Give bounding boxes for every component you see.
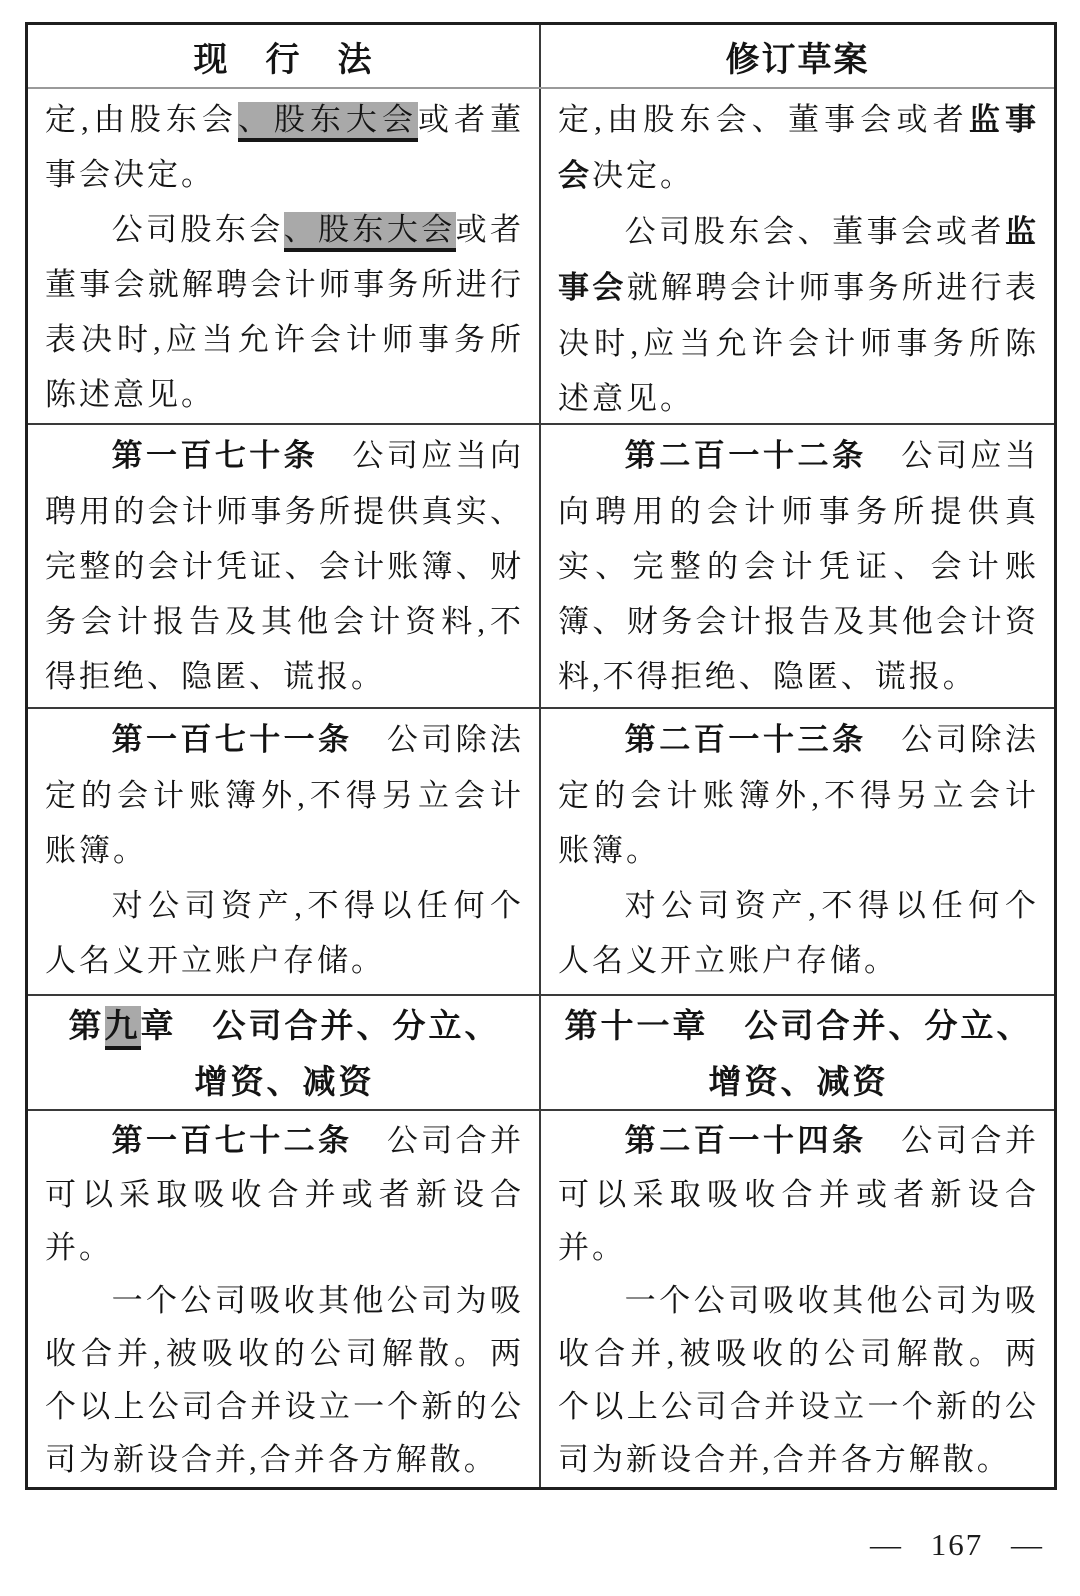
text-segment: 就解聘会计师事务所进行表决时,应当允许会计师事务所陈述意见。 [558, 270, 1039, 416]
table-row: 第一百七十一条 公司除法定的会计账簿外,不得另立会计账簿。对公司资产,不得以任何… [28, 707, 1054, 994]
current-law-cell: 定,由股东会、股东大会或者董事会决定。公司股东会、股东大会或者董事会就解聘会计师… [28, 89, 541, 423]
text-segment: 一个公司吸收其他公司为吸收合并,被吸收的公司解散。两个以上公司合并设立一个新的公… [45, 1283, 524, 1477]
text-segment: 第十一章 公司合并、分立、 [565, 1006, 1033, 1045]
text-segment: 定,由股东会 [45, 102, 238, 137]
text-segment: 公司应当向聘用的会计师事务所提供真实、完整的会计凭证、会计账簿、财务会计报告及其… [558, 438, 1039, 694]
bold-text: 第一百七十一条 [112, 722, 353, 758]
revision-draft-cell: 第二百一十三条 公司除法定的会计账簿外,不得另立会计账簿。对公司资产,不得以任何… [541, 709, 1054, 994]
revision-draft-cell: 第二百一十四条 公司合并可以采取吸收合并或者新设合并。一个公司吸收其他公司为吸收… [541, 1111, 1054, 1487]
paragraph: 对公司资产,不得以任何个人名义开立账户存储。 [45, 878, 524, 988]
text-segment: 公司股东会 [112, 212, 284, 247]
paragraph: 第十一章 公司合并、分立、 [558, 998, 1039, 1054]
table-rows: 定,由股东会、股东大会或者董事会决定。公司股东会、股东大会或者董事会就解聘会计师… [28, 89, 1054, 1487]
bold-text: 第二百一十四条 [625, 1123, 867, 1159]
paragraph: 第二百一十四条 公司合并可以采取吸收合并或者新设合并。 [558, 1114, 1039, 1274]
current-law-cell: 第一百七十一条 公司除法定的会计账簿外,不得另立会计账簿。对公司资产,不得以任何… [28, 709, 541, 994]
text-segment: 决定。 [592, 158, 694, 193]
highlighted-text: 、股东大会 [284, 212, 456, 252]
paragraph: 增资、减资 [45, 1054, 524, 1109]
bold-text: 第一百七十条 [112, 438, 318, 474]
text-segment: 公司应当向聘用的会计师事务所提供真实、完整的会计凭证、会计账簿、财务会计报告及其… [45, 438, 524, 694]
revision-draft-cell: 第二百一十二条 公司应当向聘用的会计师事务所提供真实、完整的会计凭证、会计账簿、… [541, 425, 1054, 707]
text-segment: 一个公司吸收其他公司为吸收合并,被吸收的公司解散。两个以上公司合并设立一个新的公… [558, 1283, 1039, 1477]
text-segment: 第 [69, 1006, 105, 1045]
highlighted-text: 九 [105, 1006, 141, 1050]
table-row: 第一百七十二条 公司合并可以采取吸收合并或者新设合并。一个公司吸收其他公司为吸收… [28, 1109, 1054, 1487]
text-segment: 对公司资产,不得以任何个人名义开立账户存储。 [45, 888, 524, 978]
current-law-cell: 第九章 公司合并、分立、增资、减资 [28, 996, 541, 1109]
table-row: 第一百七十条 公司应当向聘用的会计师事务所提供真实、完整的会计凭证、会计账簿、财… [28, 423, 1054, 707]
paragraph: 对公司资产,不得以任何个人名义开立账户存储。 [558, 878, 1039, 988]
current-law-cell: 第一百七十二条 公司合并可以采取吸收合并或者新设合并。一个公司吸收其他公司为吸收… [28, 1111, 541, 1487]
text-segment: 对公司资产,不得以任何个人名义开立账户存储。 [558, 888, 1039, 978]
paragraph: 第一百七十二条 公司合并可以采取吸收合并或者新设合并。 [45, 1114, 524, 1274]
text-segment: 定,由股东会、董事会或者 [558, 102, 969, 137]
paragraph: 增资、减资 [558, 1054, 1039, 1109]
paragraph: 第一百七十一条 公司除法定的会计账簿外,不得另立会计账簿。 [45, 712, 524, 878]
paragraph: 公司股东会、股东大会或者董事会就解聘会计师事务所进行表决时,应当允许会计师事务所… [45, 202, 524, 422]
paragraph: 一个公司吸收其他公司为吸收合并,被吸收的公司解散。两个以上公司合并设立一个新的公… [558, 1274, 1039, 1486]
current-law-cell: 第一百七十条 公司应当向聘用的会计师事务所提供真实、完整的会计凭证、会计账簿、财… [28, 425, 541, 707]
header-current-law: 现 行 法 [28, 25, 541, 87]
paragraph: 第一百七十条 公司应当向聘用的会计师事务所提供真实、完整的会计凭证、会计账簿、财… [45, 428, 524, 704]
bold-text: 第二百一十三条 [625, 722, 867, 758]
paragraph: 定,由股东会、股东大会或者董事会决定。 [45, 92, 524, 202]
paragraph: 第二百一十三条 公司除法定的会计账簿外,不得另立会计账簿。 [558, 712, 1039, 878]
table-row: 定,由股东会、股东大会或者董事会决定。公司股东会、股东大会或者董事会就解聘会计师… [28, 89, 1054, 423]
document-page: { "document": { "page_number_display": "… [0, 0, 1080, 1596]
revision-draft-cell: 定,由股东会、董事会或者监事会决定。公司股东会、董事会或者监事会就解聘会计师事务… [541, 89, 1054, 423]
header-revision-draft: 修订草案 [541, 25, 1054, 87]
paragraph: 第二百一十二条 公司应当向聘用的会计师事务所提供真实、完整的会计凭证、会计账簿、… [558, 428, 1039, 704]
bold-text: 第二百一十二条 [625, 438, 867, 474]
text-segment: 章 公司合并、分立、 [141, 1006, 501, 1045]
text-segment: 公司股东会、董事会或者 [625, 214, 1005, 249]
comparison-table: 现 行 法 修订草案 定,由股东会、股东大会或者董事会决定。公司股东会、股东大会… [25, 22, 1057, 1490]
highlighted-text: 、股东大会 [238, 102, 418, 142]
text-segment: 增资、减资 [195, 1062, 375, 1101]
page-number: — 167 — [870, 1527, 1044, 1563]
paragraph: 定,由股东会、董事会或者监事会决定。 [558, 92, 1039, 204]
paragraph: 一个公司吸收其他公司为吸收合并,被吸收的公司解散。两个以上公司合并设立一个新的公… [45, 1274, 524, 1486]
paragraph: 公司股东会、董事会或者监事会就解聘会计师事务所进行表决时,应当允许会计师事务所陈… [558, 204, 1039, 423]
text-segment: 增资、减资 [709, 1062, 889, 1101]
revision-draft-cell: 第十一章 公司合并、分立、增资、减资 [541, 996, 1054, 1109]
table-header-row: 现 行 法 修订草案 [28, 25, 1054, 89]
paragraph: 第九章 公司合并、分立、 [45, 998, 524, 1054]
bold-text: 第一百七十二条 [112, 1123, 353, 1159]
chapter-heading-row: 第九章 公司合并、分立、增资、减资第十一章 公司合并、分立、增资、减资 [28, 994, 1054, 1109]
